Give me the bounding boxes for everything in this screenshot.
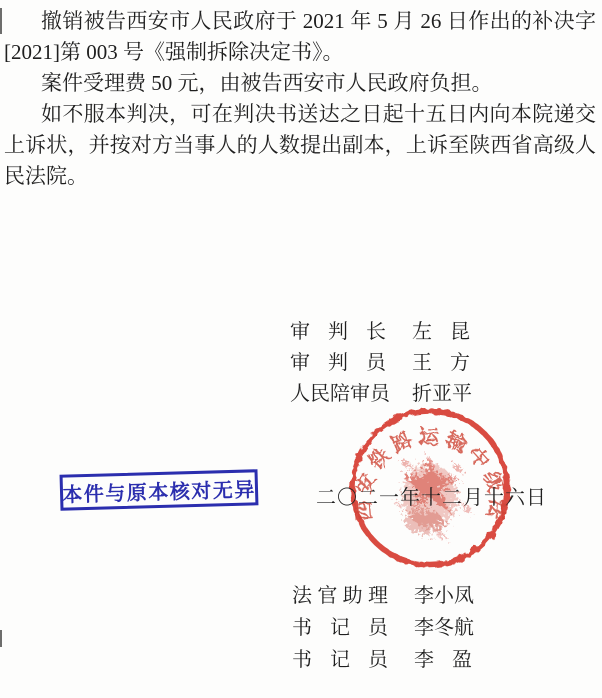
judgment-page: 撤销被告西安市人民政府于 2021 年 5 月 26 日作出的补决字[2021]… [0, 0, 602, 698]
judgment-body: 撤销被告西安市人民政府于 2021 年 5 月 26 日作出的补决字[2021]… [4, 6, 596, 192]
staff-row: 法官助理 李小凤 [292, 577, 472, 609]
scan-edge-artifact [0, 630, 2, 647]
staff-row: 书记员 李冬航 [292, 609, 472, 641]
judge-role: 审判员 [290, 346, 386, 375]
judge-name: 左昆 [412, 315, 470, 344]
staff-role: 书记员 [292, 611, 388, 640]
verification-stamp-text: 本件与原本核对无异 [62, 473, 256, 507]
judgment-date: 二〇二一年十二月十六日 [316, 481, 547, 510]
judge-row: 人民陪审员 折亚平 [290, 376, 470, 407]
appeal-paragraph: 如不服本判决，可在判决书送达之日起十五日内向本院递交上诉状，并按对方当事人的人数… [4, 99, 596, 192]
ruling-paragraph: 撤销被告西安市人民政府于 2021 年 5 月 26 日作出的补决字[2021]… [4, 6, 596, 68]
staff-name: 李冬航 [414, 611, 472, 640]
fee-paragraph: 案件受理费 50 元，由被告西安市人民政府负担。 [4, 68, 596, 99]
judge-row: 审判员 王方 [290, 345, 470, 376]
judges-signature-block: 审判长 左昆 审判员 王方 人民陪审员 折亚平 [290, 314, 470, 407]
staff-name: 李盈 [414, 643, 472, 672]
scan-edge-artifact [0, 8, 2, 34]
judge-row: 审判长 左昆 [290, 314, 470, 345]
judge-role: 人民陪审员 [290, 377, 386, 406]
staff-name: 李小凤 [414, 579, 472, 608]
judge-role: 审判长 [290, 315, 386, 344]
staff-role: 书记员 [292, 643, 388, 672]
judge-name: 王方 [412, 346, 470, 375]
staff-signature-block: 法官助理 李小凤 书记员 李冬航 书记员 李盈 [292, 577, 472, 673]
verification-stamp: 本件与原本核对无异 [60, 469, 259, 511]
judge-name: 折亚平 [412, 377, 470, 406]
staff-row: 书记员 李盈 [292, 641, 472, 673]
staff-role: 法官助理 [292, 579, 388, 608]
